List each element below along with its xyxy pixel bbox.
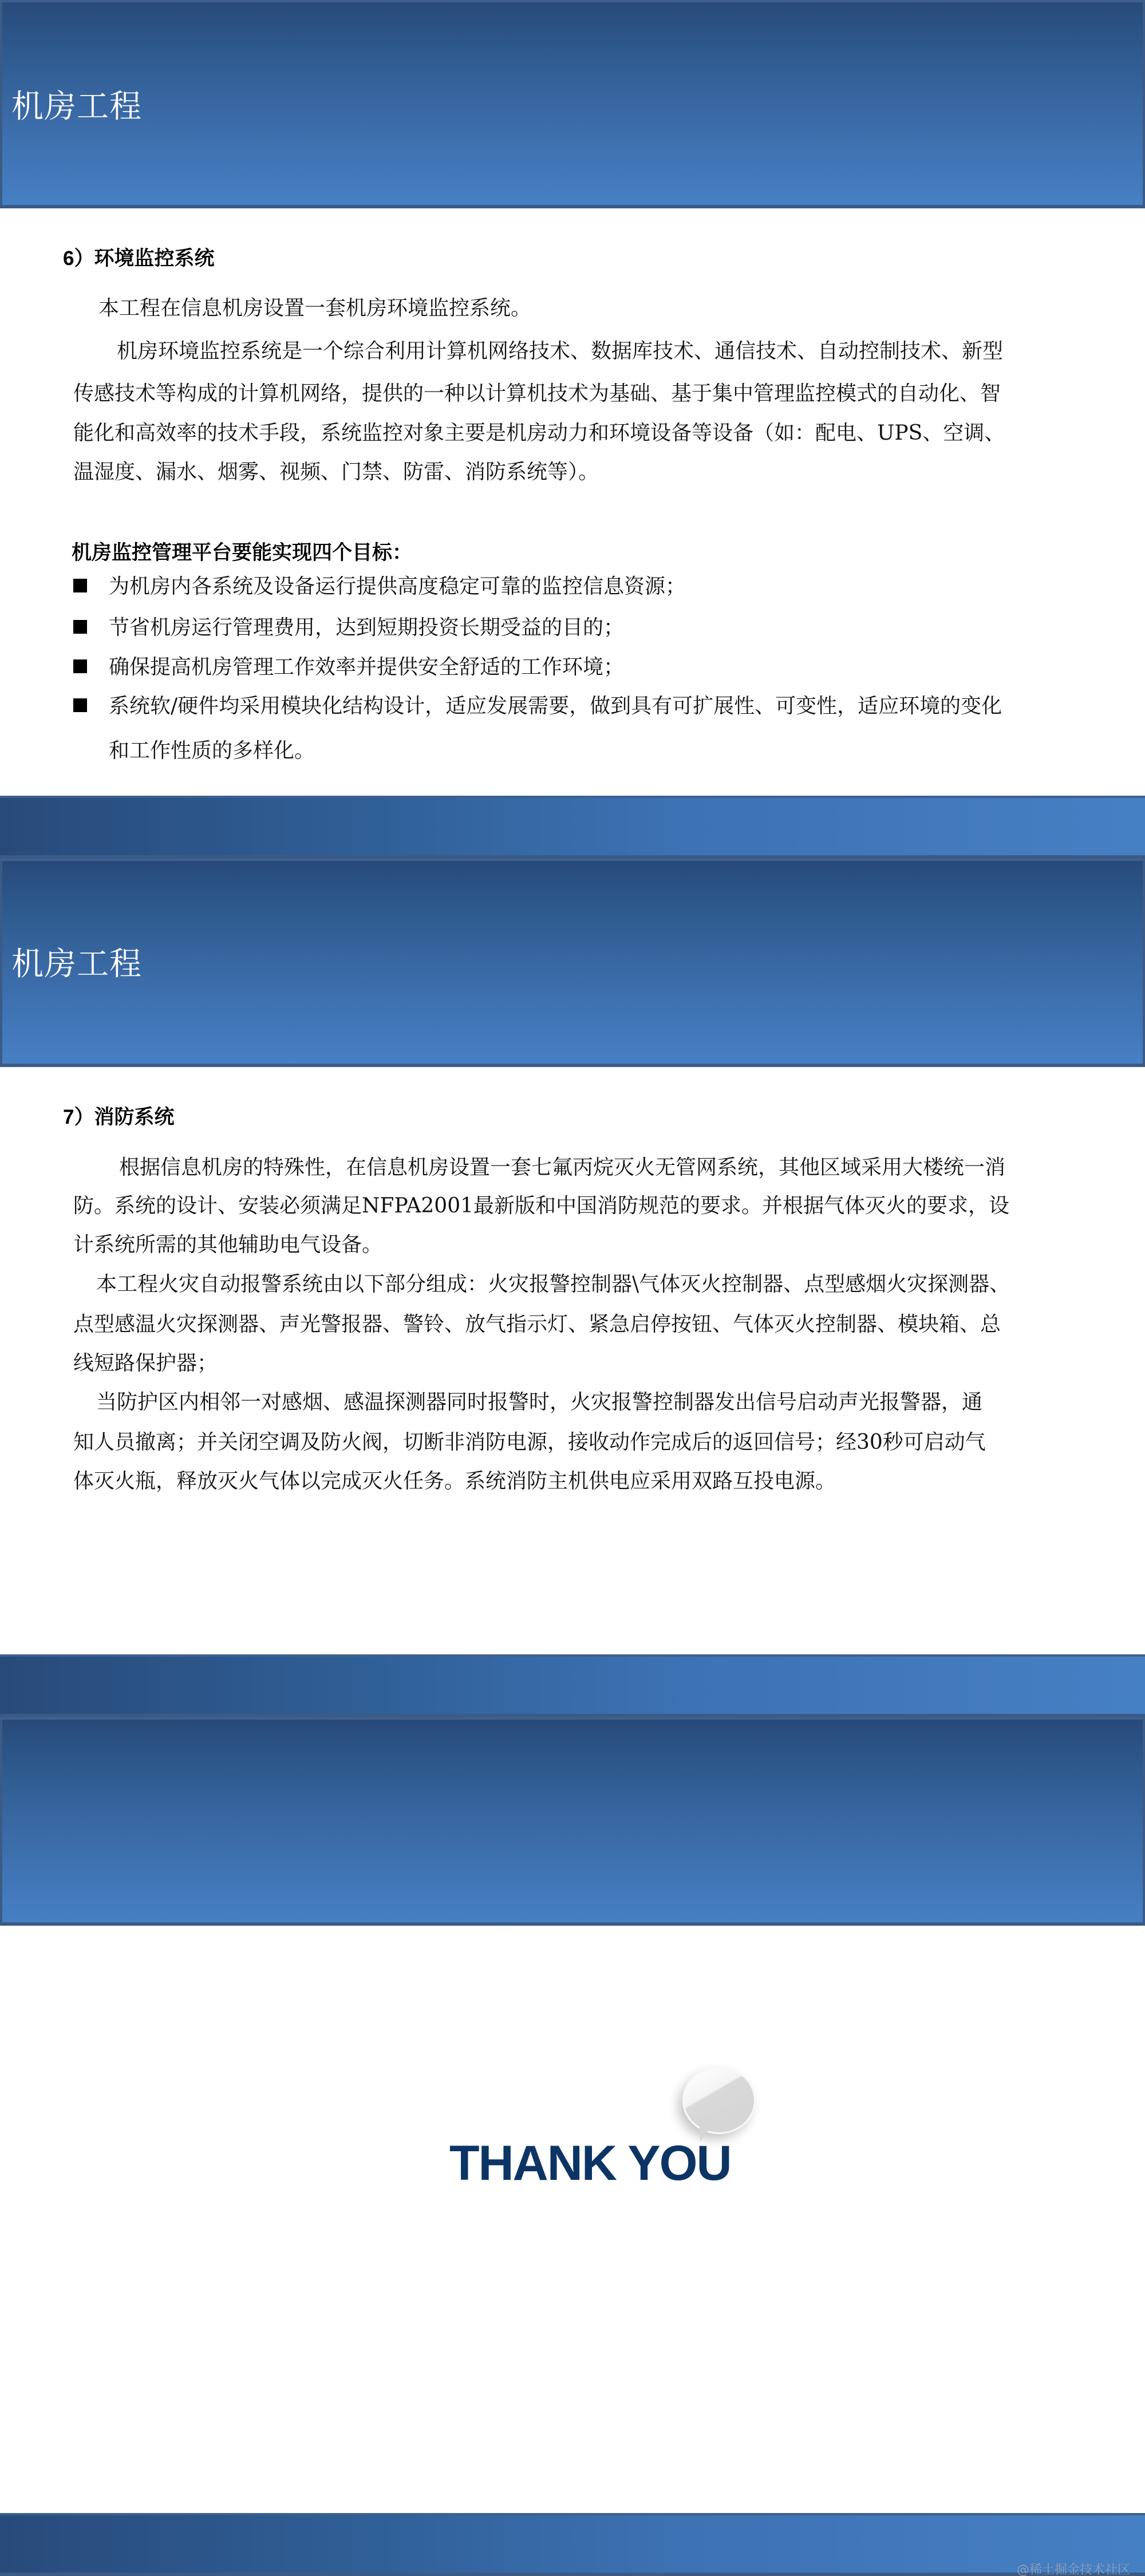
list-item-text: 确保提高机房管理工作效率并提供安全舒适的工作环境； <box>109 655 624 680</box>
goals-subheading: 机房监控管理平台要能实现四个目标： <box>72 537 412 566</box>
header-title: 机房工程 <box>11 939 142 985</box>
paragraph-line: 点型感温火灾探测器、声光警报器、警铃、放气指示灯、紧急启停按钮、气体灭火控制器、… <box>73 1312 1001 1337</box>
paragraph-line: 体灭火瓶，释放灭火气体以完成灭火任务。系统消防主机供电应采用双路互投电源。 <box>73 1469 836 1494</box>
list-item-text: 为机房内各系统及设备运行提供高度稳定可靠的监控信息资源； <box>109 574 686 599</box>
paragraph-line: 温湿度、漏水、烟雾、视频、门禁、防雷、消防系统等）。 <box>73 460 599 485</box>
paragraph-line: 本工程火灾自动报警系统由以下部分组成：火灾报警控制器\气体灭火控制器、点型感烟火… <box>96 1272 1010 1297</box>
paragraph-line: 线短路保护器； <box>73 1351 218 1376</box>
slide-footer-band <box>0 2513 1145 2576</box>
paragraph-line: 根据信息机房的特殊性，在信息机房设置一套七氟丙烷灭火无管网系统，其他区域采用大楼… <box>119 1155 1005 1180</box>
paragraph-line: 本工程在信息机房设置一套机房环境监控系统。 <box>98 296 531 321</box>
thank-you-text: THANK YOU <box>449 2135 731 2192</box>
paragraph-line: 机房环境监控系统是一个综合利用计算机网络技术、数据库技术、通信技术、自动控制技术… <box>117 339 1003 364</box>
section-heading: 6）环境监控系统 <box>63 243 214 271</box>
slide-1: 机房工程 6）环境监控系统 本工程在信息机房设置一套机房环境监控系统。 机房环境… <box>0 0 1145 859</box>
square-bullet-icon <box>73 620 87 634</box>
list-item-text: 节省机房运行管理费用，达到短期投资长期受益的目的； <box>109 615 624 641</box>
slide-header <box>0 1717 1145 1926</box>
section-heading: 7）消防系统 <box>63 1101 174 1130</box>
watermark: @稀土掘金技术社区 <box>1017 2560 1130 2576</box>
slide-footer-band <box>0 1654 1145 1717</box>
paragraph-line: 能化和高效率的技术手段，系统监控对象主要是机房动力和环境设备等设备（如：配电、U… <box>73 421 1005 446</box>
paragraph-line: 当防护区内相邻一对感烟、感温探测器同时报警时，火灾报警控制器发出信号启动声光报警… <box>96 1390 982 1415</box>
paragraph-line: 计系统所需的其他辅助电气设备。 <box>73 1232 382 1258</box>
paragraph-line: 知人员撤离；并关闭空调及防火阀，切断非消防电源，接收动作完成后的返回信号；经30… <box>73 1430 986 1455</box>
square-bullet-icon <box>73 698 87 712</box>
header-title: 机房工程 <box>11 81 142 127</box>
list-item-text: 和工作性质的多样化。 <box>109 738 315 764</box>
speech-bubble-icon <box>682 2067 756 2134</box>
slide-footer-band <box>0 796 1145 859</box>
slide-header: 机房工程 <box>0 859 1145 1067</box>
square-bullet-icon <box>73 579 87 592</box>
paragraph-line: 防。系统的设计、安装必须满足NFPA2001最新版和中国消防规范的要求。并根据气… <box>73 1194 1009 1219</box>
square-bullet-icon <box>73 659 87 673</box>
slide-2: 机房工程 7）消防系统 根据信息机房的特殊性，在信息机房设置一套七氟丙烷灭火无管… <box>0 859 1145 1717</box>
list-item-text: 系统软/硬件均采用模块化结构设计，适应发展需要，做到具有可扩展性、可变性，适应环… <box>109 694 1002 719</box>
paragraph-line: 传感技术等构成的计算机网络，提供的一种以计算机技术为基础、基于集中管理监控模式的… <box>73 381 1001 406</box>
slide-header: 机房工程 <box>0 0 1145 208</box>
